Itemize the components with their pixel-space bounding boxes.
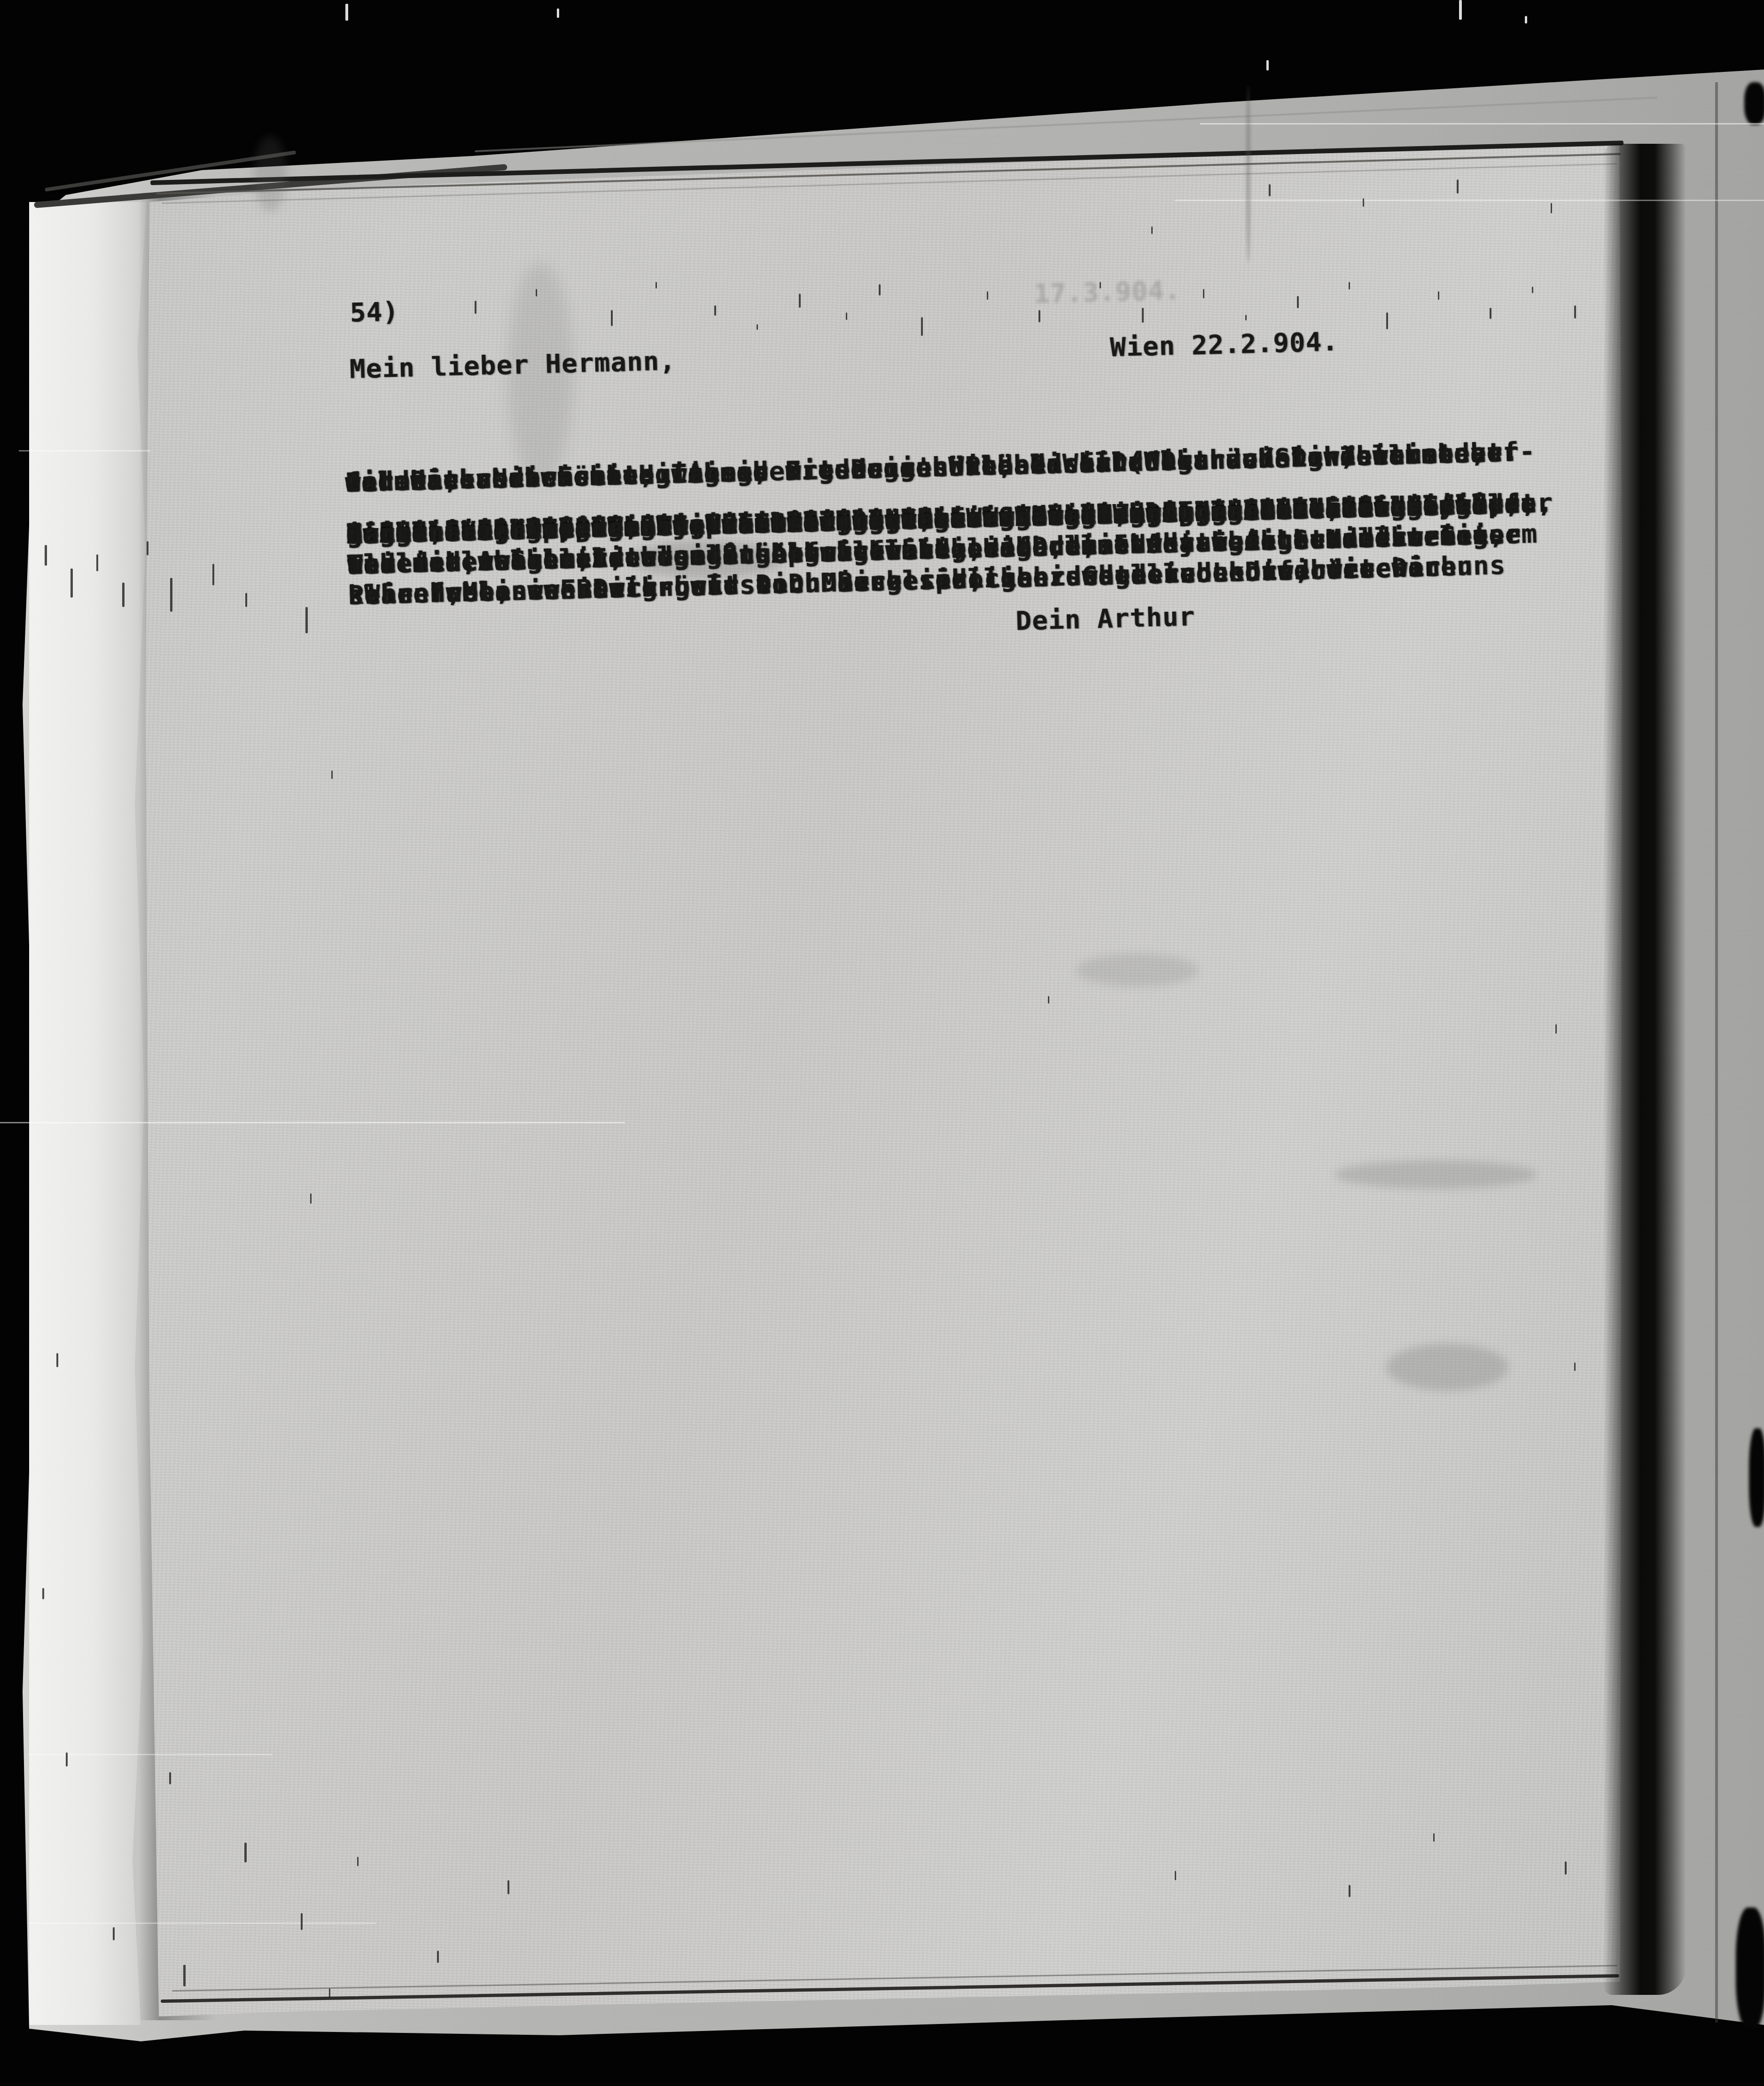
film-speck [305,607,308,633]
film-speck [1151,226,1153,234]
film-speck [45,545,47,566]
film-speck [301,1913,303,1930]
film-speck [56,1353,58,1367]
film-speck [42,1588,44,1599]
film-defect-blob [1749,1428,1764,1527]
film-speck [244,1843,247,1862]
film-speck [122,583,125,607]
film-speck [169,1772,171,1784]
page-number: 54) [350,296,399,328]
film-speck [1363,198,1364,207]
film-speck [66,1752,68,1767]
film-white-speck [557,8,559,18]
film-speck [357,1857,359,1866]
film-speck [331,771,333,779]
letter-body: wir waren eben in Hitzing, mit Hugo's un… [343,374,1617,622]
typed-line: Galerie verbracht. [344,461,639,496]
typed-letter-text: 54) 17.3.904. Wien 22.2.904. Mein lieber… [339,229,1696,1860]
film-speck [1565,1861,1567,1875]
signature: Dein Arthur [1015,601,1195,637]
film-speck [507,1880,509,1894]
film-speck [147,541,148,555]
film-scratch [1175,200,1764,201]
paper-crease [1246,85,1250,263]
film-speck [183,1965,186,1986]
film-speck [1349,1885,1350,1897]
ghost-date-bleedthrough: 17.3.904. [1033,275,1181,309]
film-speck [1433,1833,1435,1842]
film-white-speck [345,4,348,21]
film-speck [437,1951,439,1963]
film-speck [245,593,247,607]
film-speck [1457,179,1459,194]
film-speck [170,578,172,612]
film-scratch [1200,123,1764,125]
microfilm-scan: 54) 17.3.904. Wien 22.2.904. Mein lieber… [0,0,1764,2086]
film-speck [1269,184,1271,196]
film-white-speck [1459,0,1462,20]
film-speck [310,1193,312,1204]
film-speck [212,564,214,585]
torn-left-edge [29,202,147,2025]
film-white-speck [1525,16,1527,23]
film-speck [1635,1833,1637,1850]
film-speck [113,1927,115,1940]
film-white-speck [1266,60,1269,70]
film-defect-blob [1744,82,1764,125]
film-scratch [28,1754,273,1755]
film-speck [96,554,98,571]
film-speck [1175,1871,1176,1880]
film-speck [70,568,73,598]
film-scratch [28,1923,376,1924]
film-scratch [19,450,150,451]
film-speck [329,1988,330,1998]
film-speck [1551,203,1552,213]
film-defect-blob [1736,1907,1764,2030]
film-edge-line [1715,82,1718,2023]
dateline: Wien 22.2.904. [1109,326,1339,363]
salutation: Mein lieber Hermann, [349,345,676,384]
ink-smudge [254,136,287,211]
